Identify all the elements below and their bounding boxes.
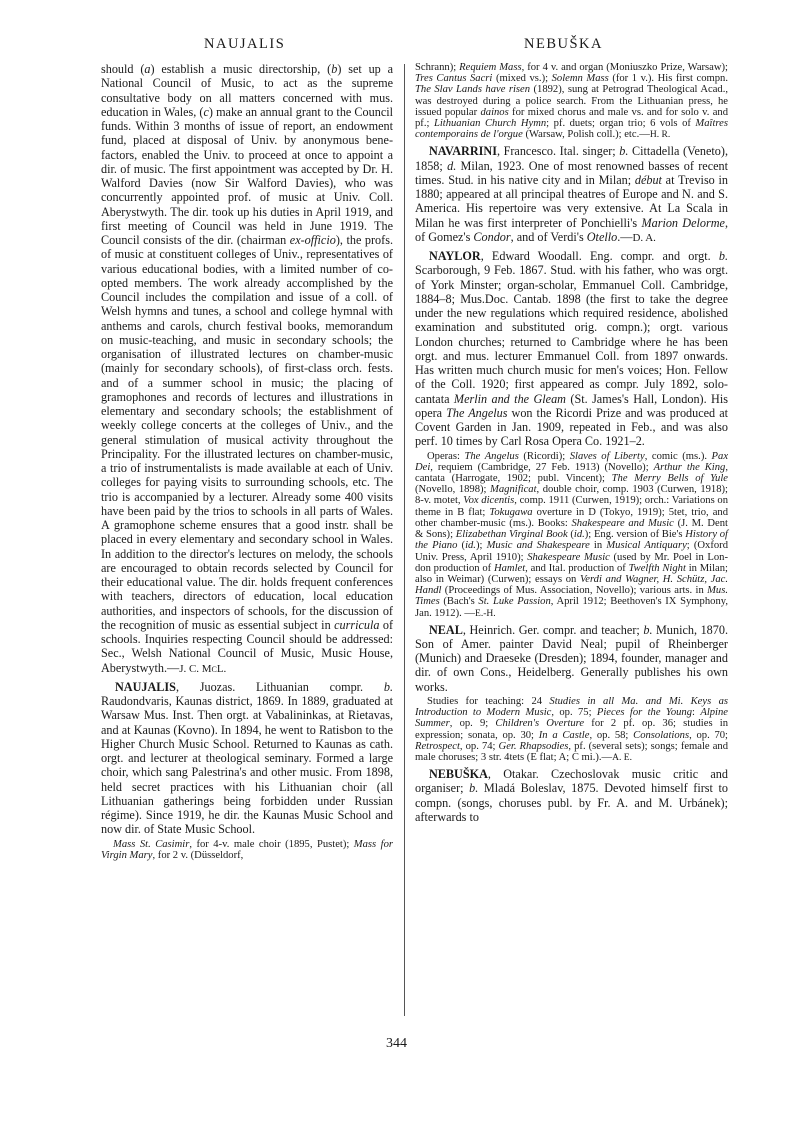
right-column: Schrann); Requiem Mass, for 4 v. and org… bbox=[415, 62, 728, 824]
page-number: 344 bbox=[386, 1036, 407, 1052]
left-column: should (a) establish a music directorshi… bbox=[101, 62, 393, 861]
headword: NEBUŠKA bbox=[429, 767, 488, 781]
author-signature: J. C. McL. bbox=[179, 663, 226, 675]
author-signature: A. E. bbox=[612, 752, 632, 763]
author-signature: D. A. bbox=[632, 232, 655, 244]
running-header-left: NAUJALIS bbox=[204, 36, 285, 53]
entry-naujalis: NAUJALIS, Juozas. Lithuanian compr. b. R… bbox=[101, 680, 393, 837]
running-header-right: NEBUŠKA bbox=[524, 36, 603, 53]
works-list-naylor: Operas: The Angelus (Ricordi); Slaves of… bbox=[415, 451, 728, 619]
works-list-neal: Studies for teaching: 24 Studies in all … bbox=[415, 696, 728, 763]
entry-navarrini: NAVARRINI, Francesco. Ital. singer; b. C… bbox=[415, 144, 728, 245]
entry-neal: NEAL, Heinrich. Ger. compr. and teacher;… bbox=[415, 623, 728, 694]
headword: NEAL bbox=[429, 623, 463, 637]
entry-naylor: NAYLOR, Edward Woodall. Eng. compr. and … bbox=[415, 249, 728, 449]
entry-nebuska: NEBUŠKA, Otakar. Czechoslovak music crit… bbox=[415, 767, 728, 824]
column-divider bbox=[404, 64, 405, 1016]
headword: NAYLOR bbox=[429, 249, 481, 263]
works-list-naujalis-continued: Schrann); Requiem Mass, for 4 v. and org… bbox=[415, 62, 728, 140]
headword: NAVARRINI bbox=[429, 144, 497, 158]
headword: NAUJALIS bbox=[115, 680, 176, 694]
author-signature: E.-H. bbox=[475, 608, 496, 619]
works-list-naujalis: Mass St. Casimir, for 4-v. male choir (1… bbox=[101, 839, 393, 861]
author-signature: H. R. bbox=[650, 129, 670, 140]
welsh-council-entry-continuation: should (a) establish a music directorshi… bbox=[101, 62, 393, 676]
